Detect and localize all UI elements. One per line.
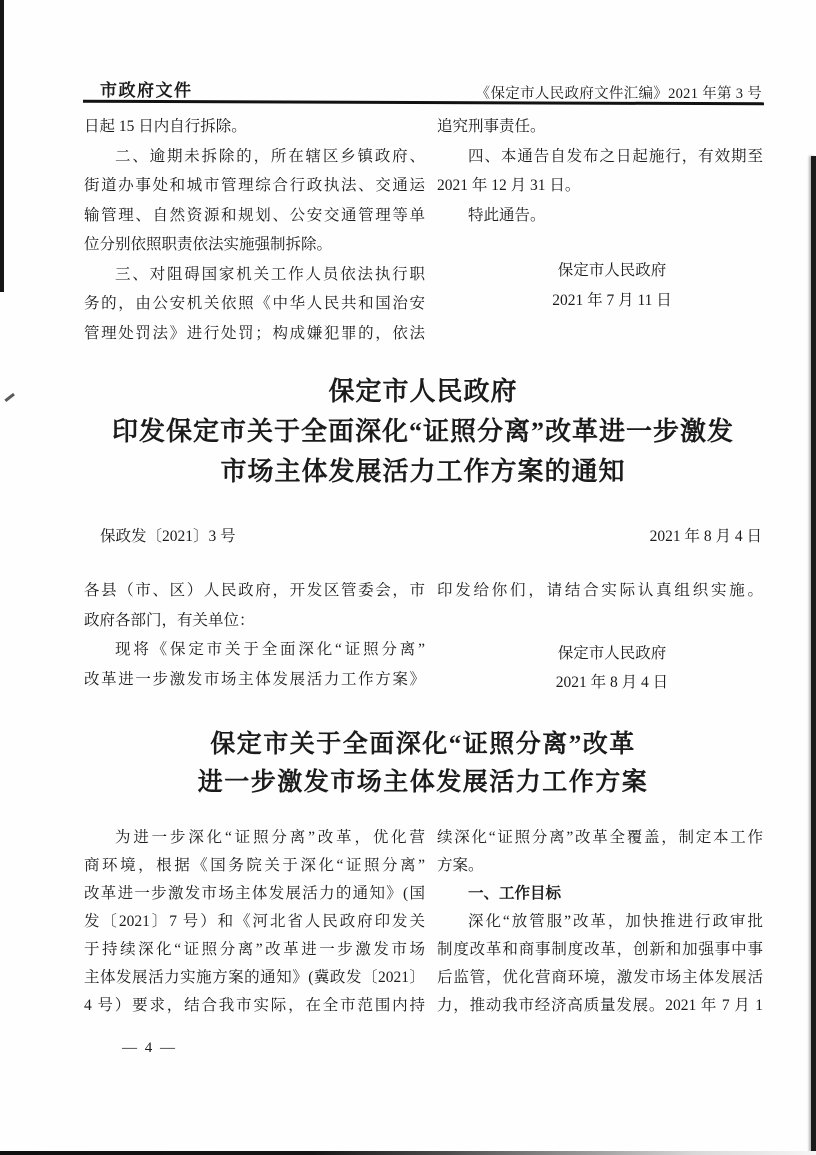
section-heading: 一、工作目标: [437, 880, 763, 908]
body-line: 街道办事处和城市管理综合行政执法、交通运: [84, 171, 425, 201]
body-line: 政府各部门，有关单位：: [84, 606, 425, 636]
scan-edge-right: [811, 156, 816, 1155]
body-line: 改革进一步激发市场主体发展活力工作方案》: [84, 665, 425, 695]
body-line: 为进一步深化“证照分离”改革，优化营: [84, 824, 425, 852]
body-line: 四、本通告自发布之日起施行，有效期至: [437, 142, 763, 172]
body-line: 追究刑事责任。: [437, 112, 763, 142]
body-line: 位分别依照职责依法实施强制拆除。: [84, 230, 425, 260]
body-line: 现将《保定市关于全面深化“证照分离”: [84, 635, 425, 665]
scan-speck-mark: [4, 393, 14, 402]
body-line: 三、对阻碍国家机关工作人员依法执行职: [84, 260, 425, 290]
body-line: 输管理、自然资源和规划、公安交通管理等单: [84, 201, 425, 231]
body-line: 2021 年 12 月 31 日。: [437, 171, 763, 201]
plan-right-column: 续深化“证照分离”改革全覆盖，制定本工作 方案。 一、工作目标 深化“放管服”改…: [437, 824, 763, 1020]
forward-left-column: 各县（市、区）人民政府，开发区管委会，市 政府各部门，有关单位： 现将《保定市关…: [84, 576, 425, 694]
body-line: 改革进一步激发市场主体发展活力的通知》(国: [84, 880, 425, 908]
title-line: 市场主体发展活力工作方案的通知: [83, 452, 763, 492]
title-line: 保定市关于全面深化“证照分离”改革: [83, 726, 763, 764]
body-line: 续深化“证照分离”改革全覆盖，制定本工作: [437, 824, 763, 852]
body-line: 特此通告。: [437, 201, 763, 231]
plan-left-column: 为进一步深化“证照分离”改革，优化营 商环境，根据《国务院关于深化“证照分离” …: [84, 824, 425, 1020]
notice-right-column: 追究刑事责任。 四、本通告自发布之日起施行，有效期至 2021 年 12 月 3…: [437, 112, 763, 315]
body-line: 4 号）要求，结合我市实际，在全市范围内持: [84, 992, 425, 1020]
signature-issuer: 保定市人民政府: [449, 639, 775, 669]
scanned-document-page: 市政府文件 《保定市人民政府文件汇编》2021 年第 3 号 日起 15 日内自…: [0, 0, 816, 1155]
body-line: 日起 15 日内自行拆除。: [84, 112, 425, 142]
body-line: 务的，由公安机关依照《中华人民共和国治安: [84, 289, 425, 319]
body-line: 方案。: [437, 852, 763, 880]
work-plan-title: 保定市关于全面深化“证照分离”改革 进一步激发市场主体发展活力工作方案: [83, 726, 763, 802]
forwarding-notice-title: 保定市人民政府 印发保定市关于全面深化“证照分离”改革进一步激发 市场主体发展活…: [83, 372, 763, 492]
document-number: 保政发〔2021〕3 号: [100, 524, 236, 546]
body-line: 商环境，根据《国务院关于深化“证照分离”: [84, 852, 425, 880]
body-line: 各县（市、区）人民政府，开发区管委会，市: [84, 576, 425, 606]
scan-edge-bottom: [0, 1151, 816, 1155]
body-line: 力，推动我市经济高质量发展。2021 年 7 月 1: [437, 992, 763, 1020]
header-compilation-ref: 《保定市人民政府文件汇编》2021 年第 3 号: [476, 82, 762, 103]
document-number-row: 保政发〔2021〕3 号 2021 年 8 月 4 日: [100, 524, 762, 550]
body-line: 制度改革和商事制度改革，创新和加强事中事: [437, 936, 763, 964]
signature-date: 2021 年 8 月 4 日: [449, 668, 775, 698]
body-line: 后监管，优化营商环境，激发市场主体发展活: [437, 964, 763, 992]
body-line: 管理处罚法》进行处罚；构成嫌犯罪的，依法: [84, 319, 425, 349]
body-line: 主体发展活力实施方案的通知》(冀政发〔2021〕: [84, 964, 425, 992]
signature-issuer: 保定市人民政府: [449, 256, 775, 286]
title-line: 进一步激发市场主体发展活力工作方案: [83, 764, 763, 802]
body-line: 深化“放管服”改革，加快推进行政审批: [437, 908, 763, 936]
scan-edge-left: [0, 0, 4, 292]
notice-left-column: 日起 15 日内自行拆除。 二、逾期未拆除的，所在辖区乡镇政府、 街道办事处和城…: [84, 112, 425, 348]
signature-date: 2021 年 7 月 11 日: [449, 286, 775, 316]
title-line: 保定市人民政府: [83, 372, 763, 412]
body-line: 发〔2021〕7 号）和《河北省人民政府印发关: [84, 908, 425, 936]
document-issue-date: 2021 年 8 月 4 日: [650, 524, 762, 546]
body-line: 于持续深化“证照分离”改革进一步激发市场: [84, 936, 425, 964]
page-number: — 4 —: [122, 1040, 177, 1057]
header-section-label: 市政府文件: [100, 76, 193, 101]
body-line: 二、逾期未拆除的，所在辖区乡镇政府、: [84, 142, 425, 172]
forward-right-column: 印发给你们，请结合实际认真组织实施。 保定市人民政府 2021 年 8 月 4 …: [437, 576, 763, 698]
title-line: 印发保定市关于全面深化“证照分离”改革进一步激发: [83, 412, 763, 452]
body-line: 印发给你们，请结合实际认真组织实施。: [437, 576, 763, 606]
